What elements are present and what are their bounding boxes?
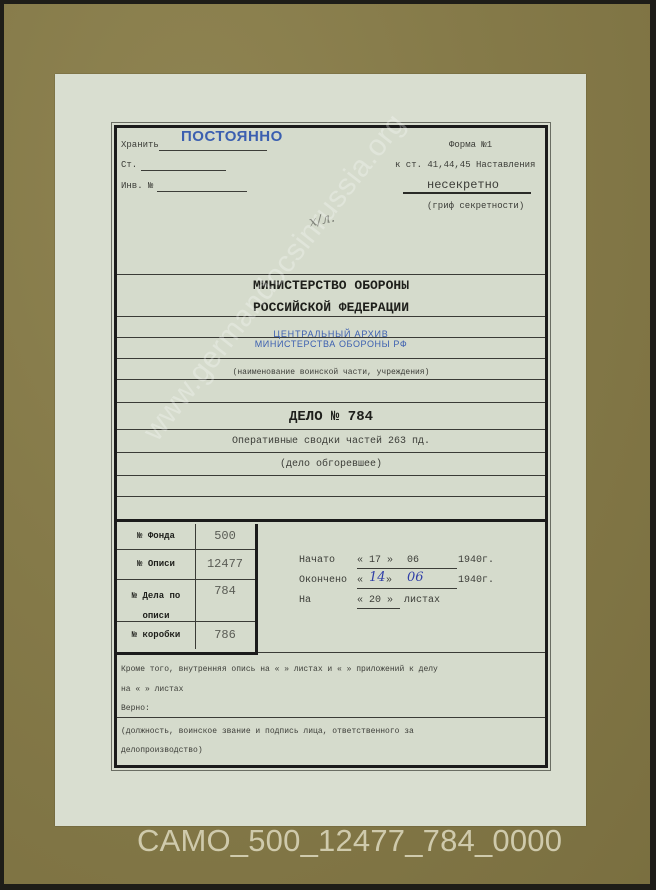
- ended-day-open: «: [357, 575, 363, 586]
- table-row: № Описи 12477: [117, 550, 255, 580]
- delo-label: № Дела по описи: [117, 580, 196, 621]
- started-month: 06: [407, 555, 419, 566]
- st-label: Ст.: [121, 160, 137, 170]
- case-note: (дело обгоревшее): [117, 459, 545, 470]
- ended-day-close: »: [386, 575, 392, 586]
- ended-label: Окончено: [299, 575, 347, 586]
- table-row: № коробки 786: [117, 622, 255, 649]
- box-value: 786: [196, 622, 254, 649]
- rule: [117, 452, 545, 453]
- ended-month: 06: [407, 570, 424, 585]
- delo-label-line-1: № Дела по: [132, 591, 181, 601]
- verified-label: Верно:: [121, 704, 150, 713]
- table-row: № Дела по описи 784: [117, 580, 255, 622]
- permanent-stamp: ПОСТОЯННО: [181, 128, 283, 145]
- rule: [117, 496, 545, 497]
- started-label: Начато: [299, 555, 335, 566]
- ministry-line-1: МИНИСТЕРСТВО ОБОРОНЫ: [117, 278, 545, 293]
- secrecy-caption: (гриф секретности): [427, 201, 524, 211]
- table-row: № Фонда 500: [117, 524, 255, 550]
- sheets-value: « 20 »: [357, 595, 393, 606]
- delo-label-line-2: описи: [142, 611, 169, 621]
- sheets-suffix: листах: [404, 595, 440, 606]
- case-description: Оперативные сводки частей 263 пд.: [117, 436, 545, 447]
- responsible-line-1: (должность, воинское звание и подпись ли…: [121, 727, 414, 736]
- rule: [117, 717, 545, 718]
- rule: [117, 316, 545, 317]
- archive-table: № Фонда 500 № Описи 12477 № Дела по опис…: [117, 524, 258, 655]
- ended-underline: [357, 588, 457, 589]
- inv-label: Инв. №: [121, 181, 153, 191]
- sheets-underline: [357, 608, 400, 609]
- st-underline: [141, 170, 226, 171]
- archive-stamp-line-1: ЦЕНТРАЛЬНЫЙ АРХИВ: [117, 329, 545, 339]
- rule: [117, 475, 545, 476]
- rule: [117, 429, 545, 430]
- rule: [117, 274, 545, 275]
- box-label: № коробки: [117, 622, 196, 649]
- started-underline: [357, 568, 457, 569]
- rule: [117, 358, 545, 359]
- responsible-line-2: делопроизводство): [121, 746, 203, 755]
- store-label: Хранить: [121, 140, 159, 150]
- secrecy-underline: [403, 192, 531, 194]
- scan-caption: CAMO_500_12477_784_0000: [137, 823, 562, 859]
- form-number: Форма №1: [449, 140, 492, 150]
- ministry-line-2: РОССИЙСКОЙ ФЕДЕРАЦИИ: [117, 300, 545, 315]
- secrecy-value: несекретно: [427, 178, 499, 192]
- started-day: « 17 »: [357, 555, 393, 566]
- fond-label: № Фонда: [117, 524, 196, 549]
- fond-value: 500: [196, 524, 254, 549]
- form-reference: к ст. 41,44,45 Наставления: [395, 160, 535, 170]
- sheets-label: На: [299, 595, 311, 606]
- started-year: 1940г.: [458, 555, 494, 566]
- inv-underline: [157, 191, 247, 192]
- ended-day: 14: [369, 570, 386, 585]
- ended-year: 1940г.: [458, 575, 494, 586]
- inventory-line-2: на « » листах: [121, 685, 183, 694]
- archive-stamp-line-2: МИНИСТЕРСТВА ОБОРОНЫ РФ: [117, 339, 545, 349]
- opis-value: 12477: [196, 550, 254, 579]
- delo-value: 784: [196, 584, 254, 598]
- inventory-line: Кроме того, внутренняя опись на « » лист…: [121, 665, 438, 674]
- rule-thick: [117, 519, 545, 522]
- store-underline: [159, 150, 267, 151]
- opis-label: № Описи: [117, 550, 196, 579]
